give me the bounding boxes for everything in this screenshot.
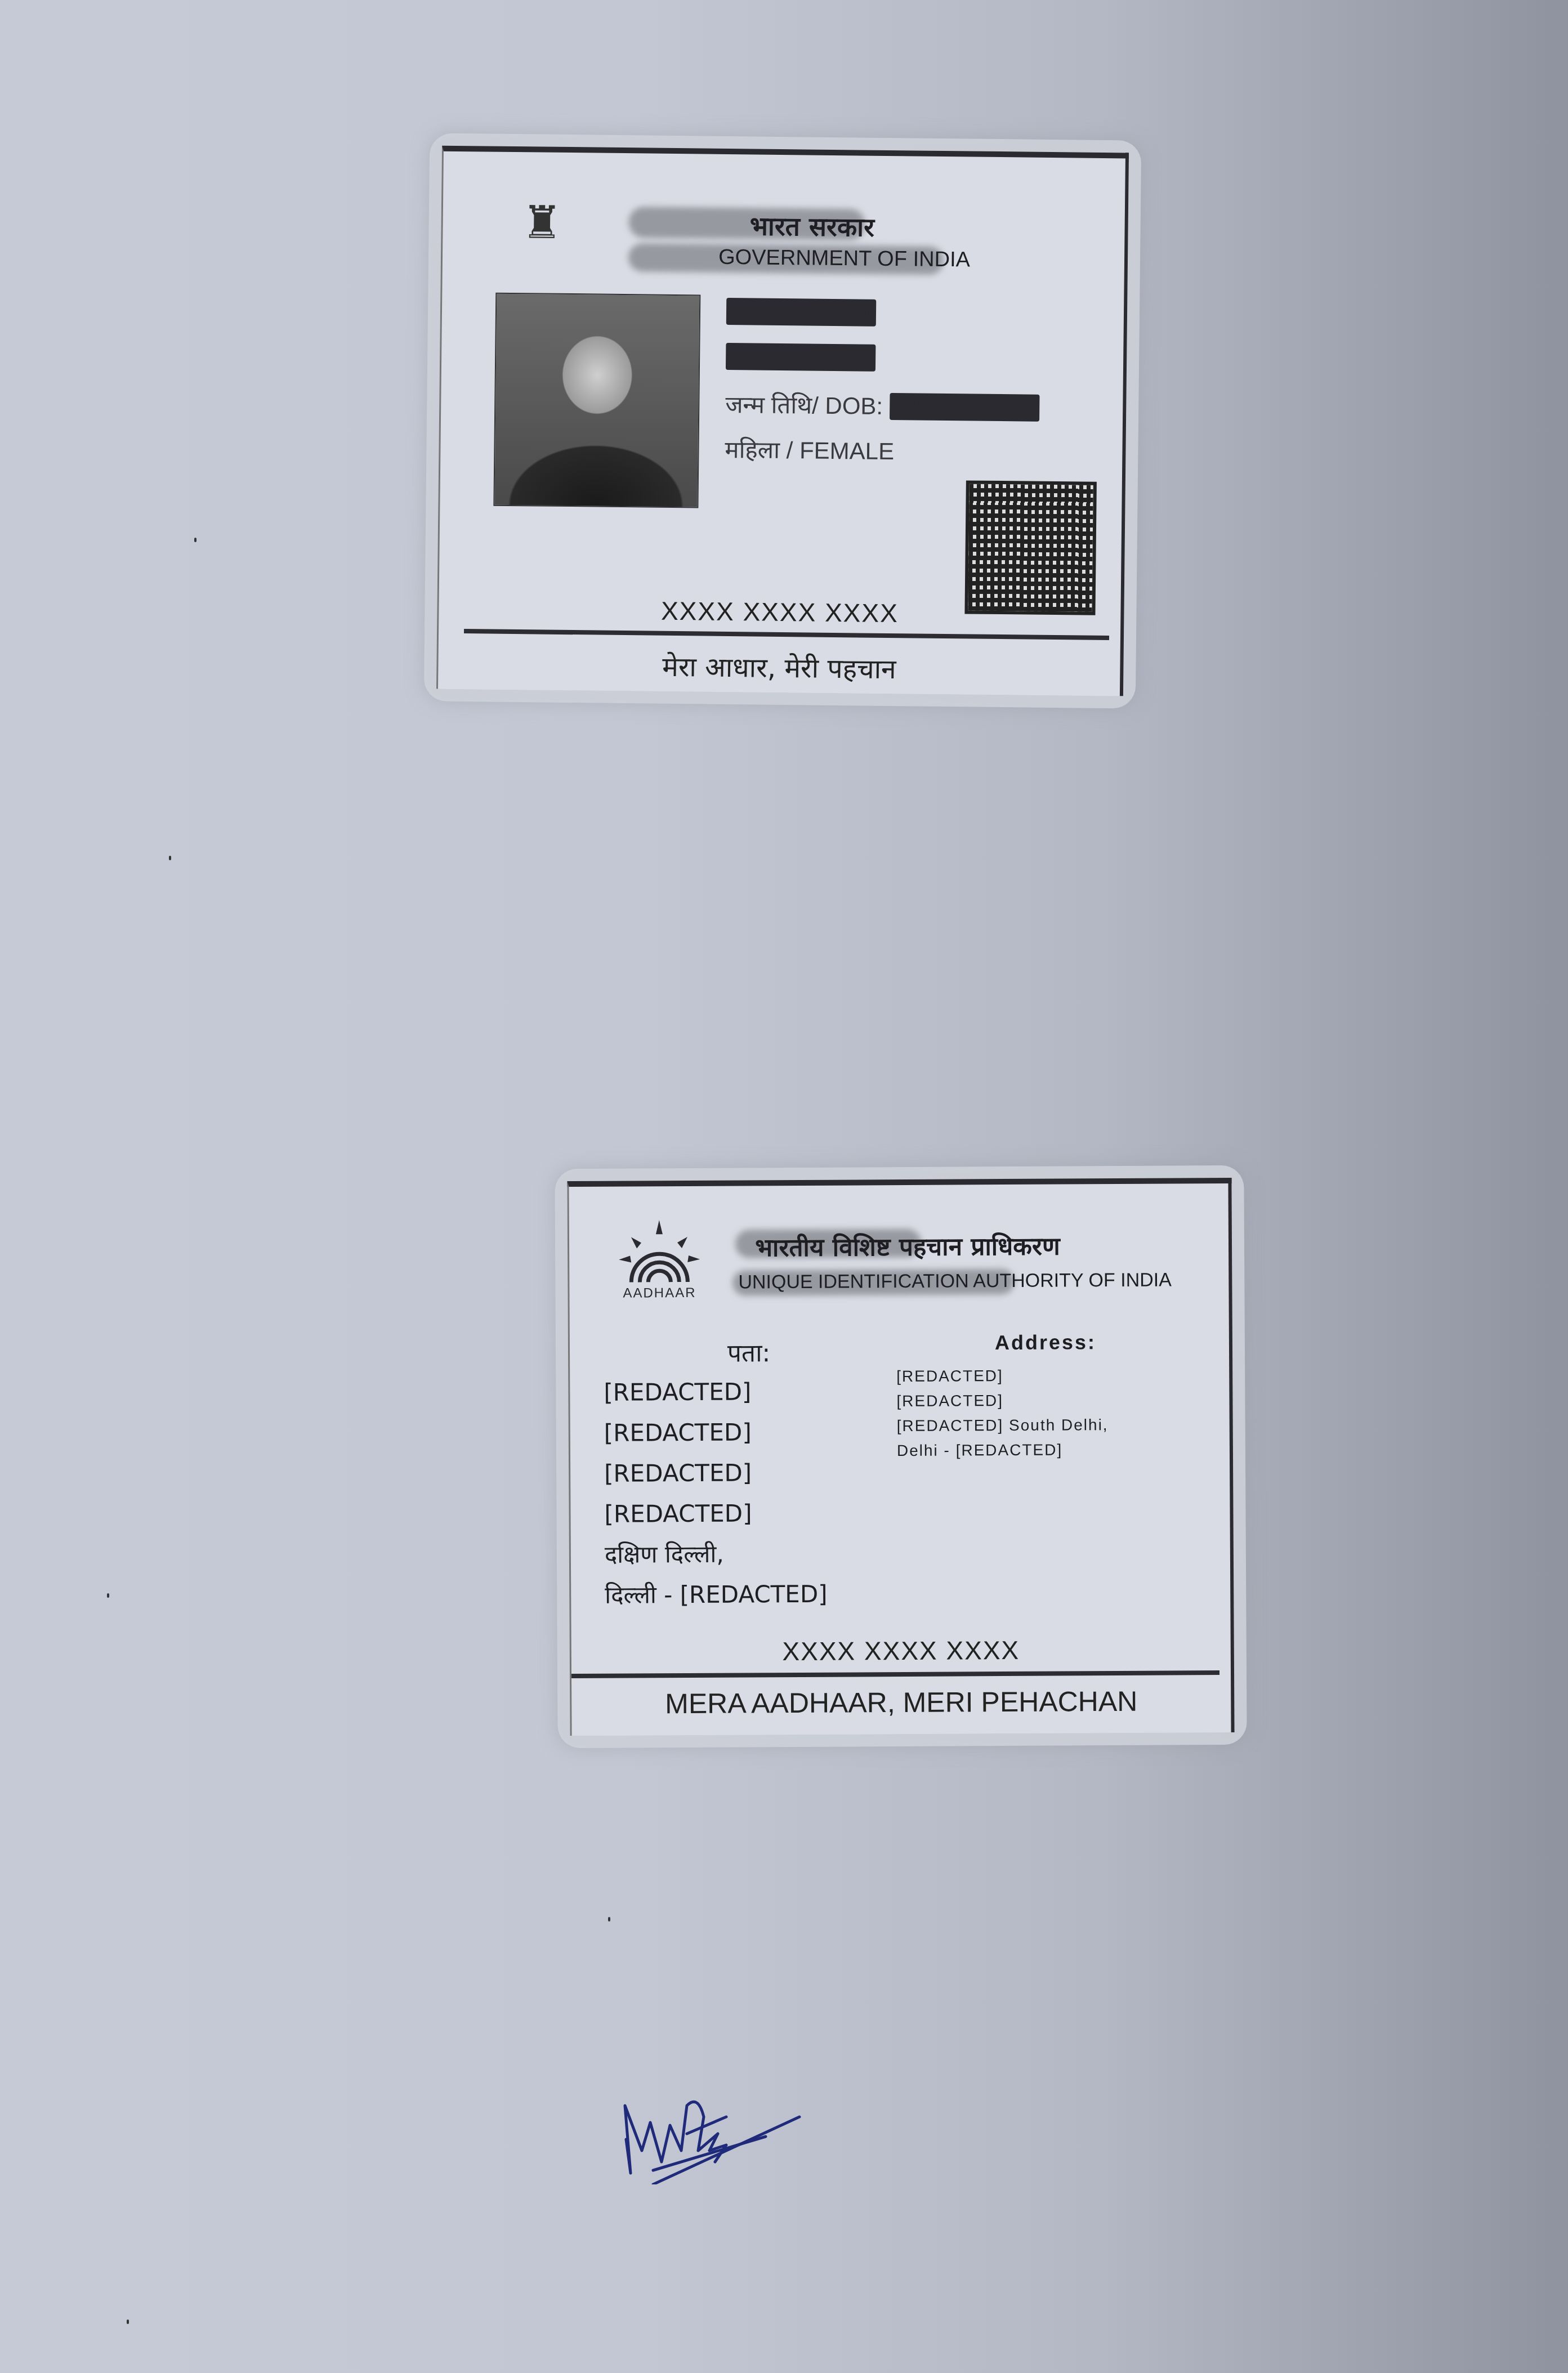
qr-code-icon — [964, 480, 1096, 615]
aadhaar-card-front: ♜ भारत सरकार GOVERNMENT OF INDIA [REDACT… — [436, 146, 1129, 696]
address-hindi-line: [REDACTED] — [604, 1453, 827, 1494]
header-english: GOVERNMENT OF INDIA — [718, 245, 970, 272]
address-hindi-line: दक्षिण दिल्ली, — [605, 1534, 828, 1575]
paper-speck — [194, 538, 196, 542]
tagline-hindi: मेरा आधार, मेरी पहचान — [438, 646, 1120, 690]
gender: महिला / FEMALE — [725, 433, 894, 467]
name-hindi: [REDACTED] — [726, 298, 877, 327]
address-hindi-line: [REDACTED] — [604, 1412, 827, 1454]
name-english: [REDACTED] — [726, 343, 876, 372]
dob-label: जन्म तिथि/ DOB: — [725, 391, 883, 419]
state-emblem-icon: ♜ — [521, 191, 561, 260]
address-hindi-line: दिल्ली - [REDACTED] — [605, 1574, 828, 1616]
paper-speck — [127, 2320, 129, 2324]
address-english-line: [REDACTED] — [896, 1363, 1108, 1389]
aadhaar-card-back: AADHAAR भारतीय विशिष्ट पहचान प्राधिकरण U… — [567, 1178, 1234, 1736]
header-english: UNIQUE IDENTIFICATION AUTHORITY OF INDIA — [738, 1269, 1172, 1293]
divider — [571, 1670, 1219, 1678]
address-hindi-line: [REDACTED] — [604, 1371, 827, 1413]
aadhaar-logo-icon: AADHAAR — [609, 1217, 711, 1302]
address-english-line: Delhi - [REDACTED] — [897, 1437, 1109, 1463]
address-label-hindi: पता: — [727, 1335, 771, 1369]
handwritten-signature-icon — [619, 2072, 833, 2184]
address-english-line: [REDACTED] South Delhi, — [897, 1413, 1109, 1438]
address-hindi-line: [REDACTED] — [604, 1493, 827, 1535]
address-english: [REDACTED] [REDACTED] [REDACTED] South D… — [896, 1363, 1109, 1463]
paper-speck — [107, 1593, 109, 1598]
svg-text:AADHAAR: AADHAAR — [623, 1285, 696, 1301]
card-back-border: AADHAAR भारतीय विशिष्ट पहचान प्राधिकरण U… — [567, 1178, 1234, 1736]
holder-photo — [493, 293, 700, 508]
dob-value: [REDACTED] — [890, 393, 1040, 422]
aadhaar-number: XXXX XXXX XXXX — [439, 593, 1120, 631]
card-front-border: ♜ भारत सरकार GOVERNMENT OF INDIA [REDACT… — [436, 146, 1129, 696]
divider — [464, 629, 1109, 640]
address-label-english: Address: — [995, 1330, 1096, 1355]
paper-speck — [608, 1917, 610, 1921]
header-hindi: भारतीय विशिष्ट पहचान प्राधिकरण — [755, 1228, 1060, 1264]
aadhaar-number: XXXX XXXX XXXX — [571, 1634, 1231, 1668]
header-hindi: भारत सरकार — [749, 208, 874, 244]
address-hindi: [REDACTED] [REDACTED] [REDACTED] [REDACT… — [604, 1371, 828, 1616]
dob-row: जन्म तिथि/ DOB: [REDACTED] — [725, 388, 1039, 423]
paper-speck — [169, 856, 171, 860]
address-english-line: [REDACTED] — [896, 1388, 1108, 1414]
tagline-english: MERA AADHAAR, MERI PEHACHAN — [571, 1684, 1231, 1720]
